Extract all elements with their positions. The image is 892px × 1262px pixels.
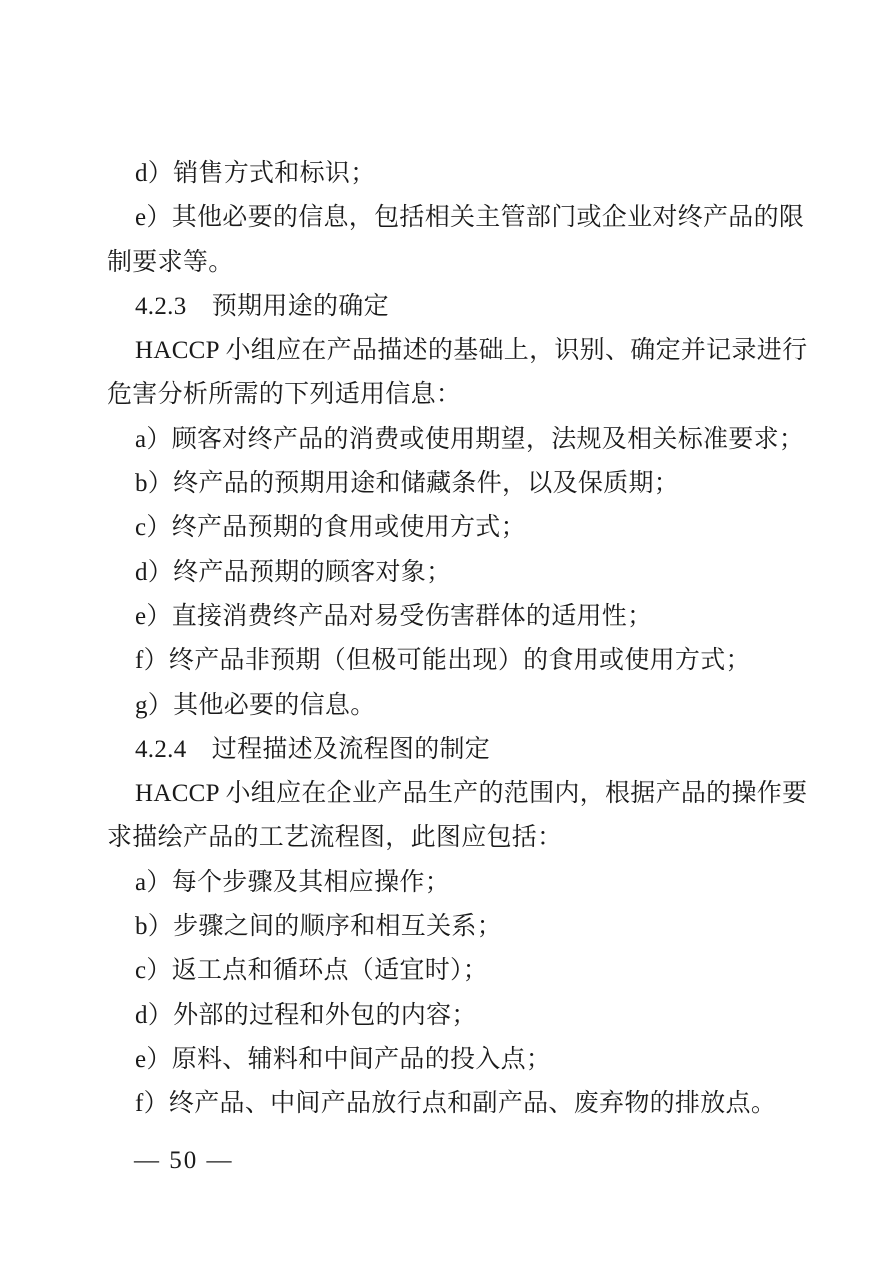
list-item: e）其他必要的信息，包括相关主管部门或企业对终产品的限 xyxy=(107,196,807,240)
page-number: — 50 — xyxy=(134,1139,234,1183)
list-item: b）步骤之间的顺序和相互关系； xyxy=(107,905,807,949)
paragraph-line: 危害分析所需的下列适用信息： xyxy=(107,373,807,417)
list-item: a）顾客对终产品的消费或使用期望，法规及相关标准要求； xyxy=(107,418,807,462)
list-item: a）每个步骤及其相应操作； xyxy=(107,861,807,905)
section-heading: 4.2.4 过程描述及流程图的制定 xyxy=(107,728,807,772)
list-item: b）终产品的预期用途和储藏条件，以及保质期； xyxy=(107,462,807,506)
document-page: d）销售方式和标识； e）其他必要的信息，包括相关主管部门或企业对终产品的限 制… xyxy=(0,0,892,1262)
list-item: c）返工点和循环点（适宜时）； xyxy=(107,949,807,993)
paragraph-line: HACCP 小组应在产品描述的基础上，识别、确定并记录进行 xyxy=(107,329,807,373)
list-item: f）终产品非预期（但极可能出现）的食用或使用方式； xyxy=(107,639,807,683)
list-item: c）终产品预期的食用或使用方式； xyxy=(107,506,807,550)
list-item: f）终产品、中间产品放行点和副产品、废弃物的排放点。 xyxy=(107,1082,807,1126)
list-item: d）销售方式和标识； xyxy=(107,152,807,196)
list-item: e）直接消费终产品对易受伤害群体的适用性； xyxy=(107,595,807,639)
list-item: g）其他必要的信息。 xyxy=(107,684,807,728)
list-item: e）原料、辅料和中间产品的投入点； xyxy=(107,1038,807,1082)
paragraph-line: 求描绘产品的工艺流程图，此图应包括： xyxy=(107,816,807,860)
section-heading: 4.2.3 预期用途的确定 xyxy=(107,285,807,329)
list-item: d）终产品预期的顾客对象； xyxy=(107,551,807,595)
paragraph-line: HACCP 小组应在企业产品生产的范围内，根据产品的操作要 xyxy=(107,772,807,816)
list-item: d）外部的过程和外包的内容； xyxy=(107,994,807,1038)
paragraph-line: 制要求等。 xyxy=(107,241,807,285)
page-body-text: d）销售方式和标识； e）其他必要的信息，包括相关主管部门或企业对终产品的限 制… xyxy=(107,152,807,1127)
